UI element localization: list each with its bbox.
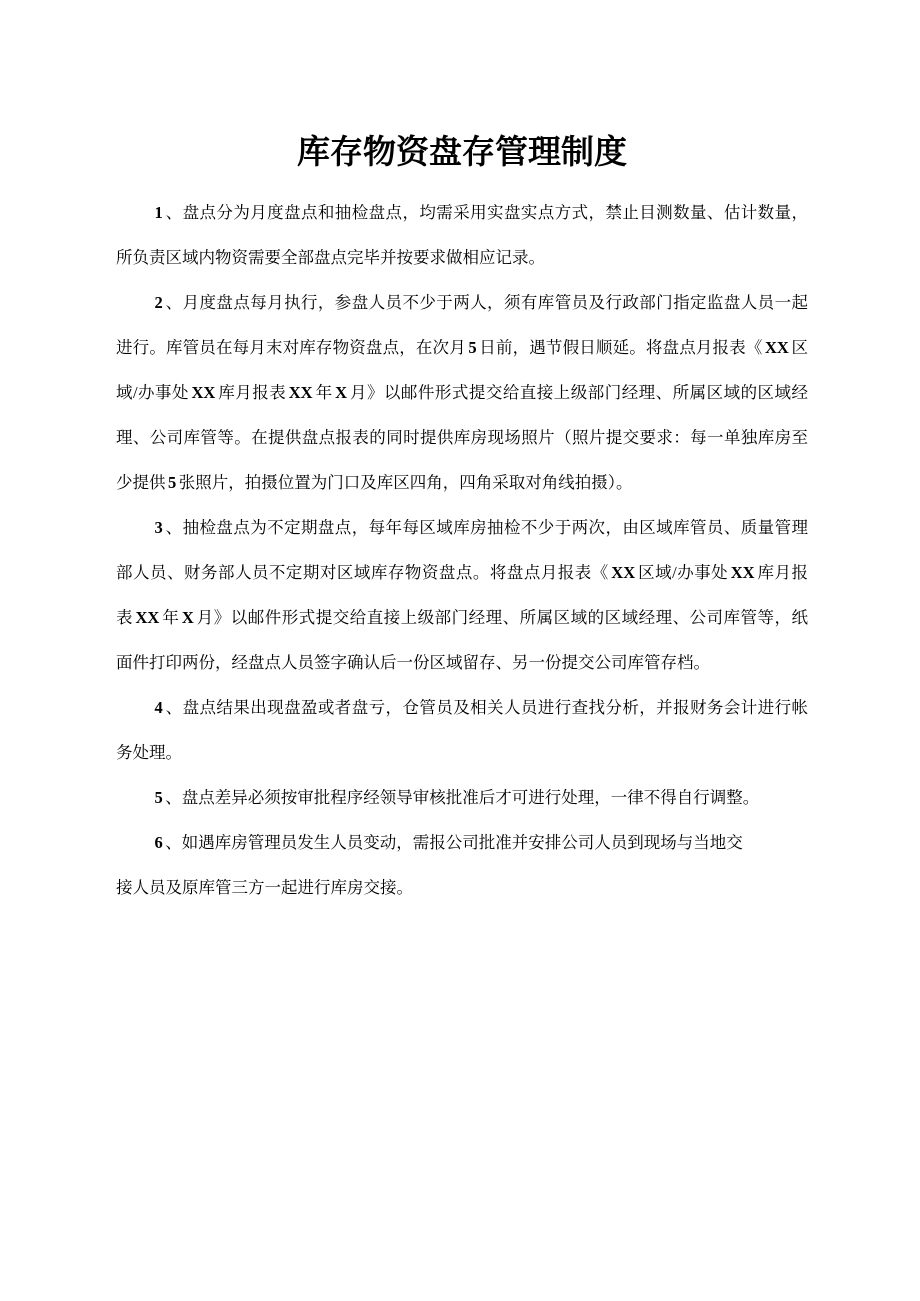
document-title: 库存物资盘存管理制度 (116, 133, 808, 171)
text-line: 3、抽检盘点为不定期盘点，每年每区域库房抽检不少于两次，由区域库管员、质量管理 (116, 505, 808, 550)
text-line: 5、盘点差异必须按审批程序经领导审核批准后才可进行处理，一律不得自行调整。 (116, 775, 808, 820)
text-line: 域/办事处XX库月报表XX年X月》以邮件形式提交给直接上级部门经理、所属区域的区… (116, 370, 808, 415)
paragraph-1: 1、盘点分为月度盘点和抽检盘点，均需采用实盘实点方式，禁止目测数量、估计数量， … (116, 190, 808, 280)
paragraph-4: 4、盘点结果出现盘盈或者盘亏，仓管员及相关人员进行查找分析，并报财务会计进行帐 … (116, 685, 808, 775)
paragraph-3: 3、抽检盘点为不定期盘点，每年每区域库房抽检不少于两次，由区域库管员、质量管理 … (116, 505, 808, 685)
text-line: 务处理。 (116, 730, 808, 775)
text-line: 部人员、财务部人员不定期对区域库存物资盘点。将盘点月报表《XX区域/办事处XX库… (116, 550, 808, 595)
text-line: 1、盘点分为月度盘点和抽检盘点，均需采用实盘实点方式，禁止目测数量、估计数量， (116, 190, 808, 235)
text-line: 少提供5张照片，拍摄位置为门口及库区四角，四角采取对角线拍摄）。 (116, 460, 808, 505)
document-content: 库存物资盘存管理制度 1、盘点分为月度盘点和抽检盘点，均需采用实盘实点方式，禁止… (116, 0, 808, 910)
text-line: 表XX年X月》以邮件形式提交给直接上级部门经理、所属区域的区域经理、公司库管等，… (116, 595, 808, 640)
text-line: 所负责区域内物资需要全部盘点完毕并按要求做相应记录。 (116, 235, 808, 280)
text-line: 6、如遇库房管理员发生人员变动，需报公司批准并安排公司人员到现场与当地交 (116, 820, 808, 865)
paragraph-6: 6、如遇库房管理员发生人员变动，需报公司批准并安排公司人员到现场与当地交 接人员… (116, 820, 808, 910)
text-line: 理、公司库管等。在提供盘点报表的同时提供库房现场照片（照片提交要求：每一单独库房… (116, 415, 808, 460)
text-line: 进行。库管员在每月末对库存物资盘点，在次月5日前，遇节假日顺延。将盘点月报表《X… (116, 325, 808, 370)
text-line: 面件打印两份，经盘点人员签字确认后一份区域留存、另一份提交公司库管存档。 (116, 640, 808, 685)
document-page: 库存物资盘存管理制度 1、盘点分为月度盘点和抽检盘点，均需采用实盘实点方式，禁止… (0, 0, 920, 1301)
document-body: 1、盘点分为月度盘点和抽检盘点，均需采用实盘实点方式，禁止目测数量、估计数量， … (116, 190, 808, 910)
text-line: 4、盘点结果出现盘盈或者盘亏，仓管员及相关人员进行查找分析，并报财务会计进行帐 (116, 685, 808, 730)
text-line: 2、月度盘点每月执行，参盘人员不少于两人，须有库管员及行政部门指定监盘人员一起 (116, 280, 808, 325)
text-line: 接人员及原库管三方一起进行库房交接。 (116, 865, 808, 910)
paragraph-2: 2、月度盘点每月执行，参盘人员不少于两人，须有库管员及行政部门指定监盘人员一起 … (116, 280, 808, 505)
paragraph-5: 5、盘点差异必须按审批程序经领导审核批准后才可进行处理，一律不得自行调整。 (116, 775, 808, 820)
